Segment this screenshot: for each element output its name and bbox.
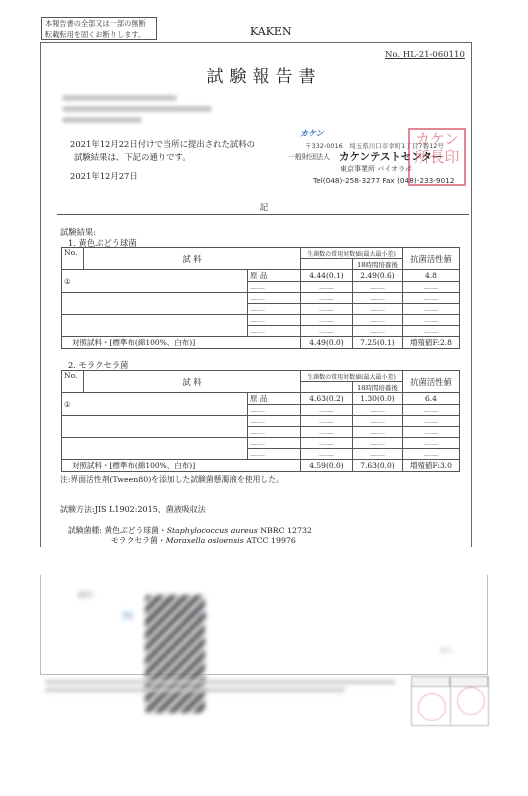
control-row: 対照試料・[標準布(綿100%、白布)]4.59(0.0)7.63(0.0)増殖…: [62, 460, 460, 472]
table-row: ①原 品4.63(0.2)1.30(0.0)6.4: [62, 393, 460, 405]
strain-1-id: NBRC 12732: [258, 526, 312, 535]
header-no: No.: [62, 248, 84, 270]
activity-value: ——: [403, 416, 460, 427]
immediate-value: ——: [301, 293, 353, 304]
redacted-signature: [145, 595, 205, 713]
activity-value: ——: [403, 449, 460, 460]
test-strains: 試験菌種: 黄色ぶどう球菌・Staphylococcus aureus NBRC…: [68, 526, 312, 546]
immediate-value: ——: [301, 326, 353, 337]
sample-type: ——: [248, 315, 301, 326]
strains-label: 試験菌種:: [68, 526, 102, 535]
sample-name: [64, 444, 76, 453]
immediate-value: ——: [301, 315, 353, 326]
strain-2-jp: モラクセラ菌・: [111, 536, 166, 545]
sample-cell: [62, 315, 248, 337]
approval-stamp-1: [418, 693, 446, 721]
seal-text: カケン所長印: [414, 130, 459, 166]
strain-1-latin: Staphylococcus aureus: [167, 526, 258, 535]
activity-value: ——: [403, 304, 460, 315]
after18h-value: ——: [353, 282, 403, 293]
sample-name: [64, 299, 76, 308]
sample-type: ——: [248, 427, 301, 438]
control-growth: 増殖値F:3.0: [403, 460, 460, 472]
header-after18h: 18時間培養後: [353, 259, 403, 270]
divider: [57, 214, 469, 215]
after18h-value: 1.30(0.0): [353, 393, 403, 405]
sample-cell: [62, 416, 248, 438]
page-title: 試験報告書: [0, 62, 528, 87]
intro-text: 2021年12月22日付けで当所に提出された試料の 試験結果は、下記の通りです。: [70, 138, 255, 164]
control-after18h: 7.25(0.1): [353, 337, 403, 349]
immediate-value: ——: [301, 438, 353, 449]
signature-label: 認印:: [78, 590, 94, 600]
kaken-logo: カケン: [300, 128, 324, 139]
activity-value: ——: [403, 405, 460, 416]
after18h-value: ——: [353, 438, 403, 449]
activity-value: ——: [403, 315, 460, 326]
after18h-value: ——: [353, 315, 403, 326]
results-table-1: No.試 料生菌数の常用対数値(最大最小差)抗菌活性値18時間培養後①原 品4.…: [61, 247, 460, 349]
intro-line-2: 試験結果は、下記の通りです。: [70, 151, 255, 164]
redacted-client-info: [62, 95, 212, 123]
header-activity: 抗菌活性値: [403, 248, 460, 270]
sample-type: ——: [248, 416, 301, 427]
sample-type: 原 品: [248, 393, 301, 405]
after18h-value: ——: [353, 326, 403, 337]
activity-value: 4.8: [403, 270, 460, 282]
test-method: 試験方法:JIS L1902:2015、菌液吸収法: [60, 504, 206, 515]
after18h-value: ——: [353, 405, 403, 416]
sample-cell: ①: [62, 270, 248, 293]
strain-2-id: ATCC 19976: [244, 536, 296, 545]
control-label: 対照試料・[標準布(綿100%、白布)]: [62, 337, 301, 349]
sample-type: ——: [248, 438, 301, 449]
immediate-value: ——: [301, 282, 353, 293]
strain-2-latin: Moraxella osloensis: [166, 536, 244, 545]
sample-type: 原 品: [248, 270, 301, 282]
note-text: 注:界面活性剤(Tween80)を添加した試験菌懸濁液を使用した。: [60, 474, 284, 485]
table-row: ————————: [62, 438, 460, 449]
sample-cell: [62, 438, 248, 460]
signature-frame: [40, 575, 488, 675]
activity-value: ——: [403, 293, 460, 304]
header-immediate: [301, 259, 353, 270]
table-row: ①原 品4.44(0.1)2.49(0.6)4.8: [62, 270, 460, 282]
sample-no: ①: [64, 400, 71, 409]
notice-line-1: 本報告書の全部又は一部の無断: [45, 18, 153, 29]
intro-line-1: 2021年12月22日付けで当所に提出された試料の: [70, 138, 255, 151]
immediate-value: ——: [301, 449, 353, 460]
control-after18h: 7.63(0.0): [353, 460, 403, 472]
header-sample: 試 料: [84, 248, 301, 270]
official-seal: カケン所長印: [408, 128, 466, 186]
approval-stamps: [411, 676, 489, 726]
header-after18h: 18時間培養後: [353, 382, 403, 393]
sample-type: ——: [248, 304, 301, 315]
sample-no: ①: [64, 277, 71, 286]
sample-cell: [62, 293, 248, 315]
redacted-footer-text: [45, 680, 395, 692]
end-mark: 以上: [440, 645, 453, 654]
header-sample: 試 料: [84, 371, 301, 393]
copyright-notice: 本報告書の全部又は一部の無断 転載転用を固くお断りします。: [41, 17, 157, 40]
immediate-value: 4.44(0.1): [301, 270, 353, 282]
brand-header: KAKEN: [250, 25, 292, 38]
after18h-value: 2.49(0.6): [353, 270, 403, 282]
after18h-value: ——: [353, 427, 403, 438]
sample-name: [71, 400, 83, 409]
results-table-2: No.試 料生菌数の常用対数値(最大最小差)抗菌活性値18時間培養後①原 品4.…: [61, 370, 460, 472]
sample-type: ——: [248, 282, 301, 293]
after18h-value: ——: [353, 449, 403, 460]
activity-value: ——: [403, 438, 460, 449]
header-no: No.: [62, 371, 84, 393]
issuer-org-prefix: 一般財団法人: [288, 152, 330, 162]
strain-1-jp: 黄色ぶどう球菌・: [104, 526, 166, 535]
after18h-value: ——: [353, 293, 403, 304]
header-activity: 抗菌活性値: [403, 371, 460, 393]
header-viable-count: 生菌数の常用対数値(最大最小差): [301, 371, 403, 382]
sample-name: [71, 277, 83, 286]
issuer-office: 東京事業所 バイオラボ: [340, 164, 412, 174]
control-immediate: 4.49(0.0): [301, 337, 353, 349]
document-number: No. HL-21-060110: [385, 50, 465, 60]
sample-name: [64, 321, 76, 330]
control-immediate: 4.59(0.0): [301, 460, 353, 472]
sample-type: ——: [248, 326, 301, 337]
immediate-value: 4.63(0.2): [301, 393, 353, 405]
activity-value: ——: [403, 427, 460, 438]
immediate-value: ——: [301, 427, 353, 438]
table-row: ————————: [62, 293, 460, 304]
activity-value: ——: [403, 326, 460, 337]
control-label: 対照試料・[標準布(綿100%、白布)]: [62, 460, 301, 472]
header-viable-count: 生菌数の常用対数値(最大最小差): [301, 248, 403, 259]
sample-cell: ①: [62, 393, 248, 416]
header-immediate: [301, 382, 353, 393]
sample-type: ——: [248, 449, 301, 460]
sample-name: [64, 422, 76, 431]
table-row: ————————: [62, 315, 460, 326]
after18h-value: ——: [353, 304, 403, 315]
control-row: 対照試料・[標準布(綿100%、白布)]4.49(0.0)7.25(0.1)増殖…: [62, 337, 460, 349]
immediate-value: ——: [301, 405, 353, 416]
immediate-value: ——: [301, 304, 353, 315]
after18h-value: ——: [353, 416, 403, 427]
report-date: 2021年12月27日: [70, 170, 138, 182]
sample-type: ——: [248, 293, 301, 304]
control-growth: 増殖値F:2.8: [403, 337, 460, 349]
table-row: ————————: [62, 416, 460, 427]
activity-value: 6.4: [403, 393, 460, 405]
ki-heading: 記: [0, 201, 528, 213]
sample-type: ——: [248, 405, 301, 416]
notice-line-2: 転載転用を固くお断りします。: [45, 29, 153, 40]
immediate-value: ——: [301, 416, 353, 427]
activity-value: ——: [403, 282, 460, 293]
approval-stamp-2: [457, 687, 485, 715]
